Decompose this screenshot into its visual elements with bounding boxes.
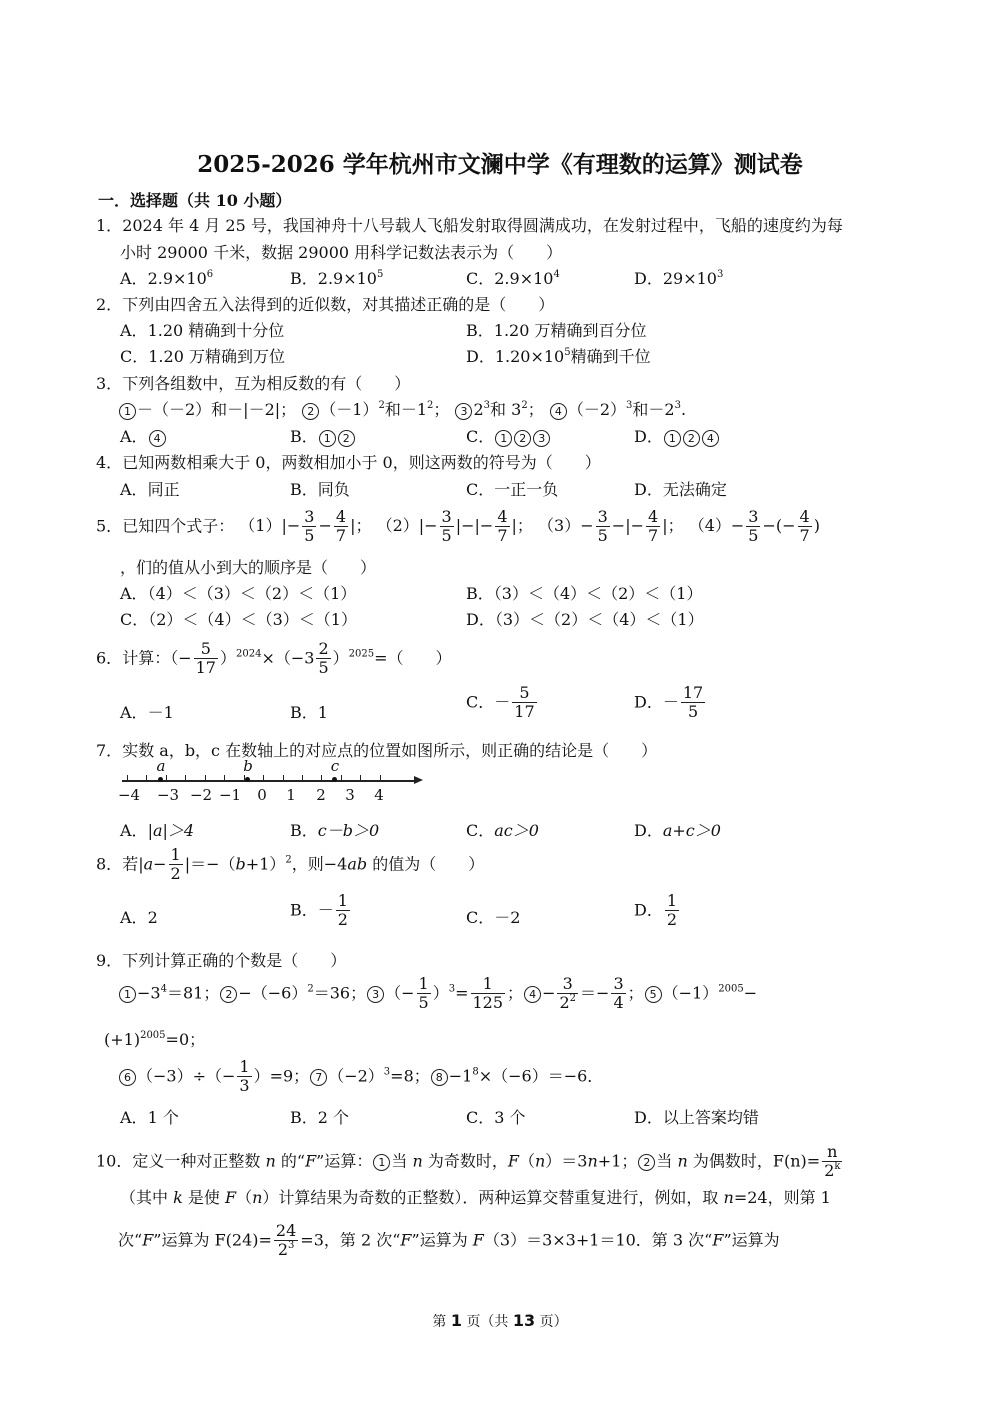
option-b[interactable]: B．2.9×105: [290, 266, 383, 289]
question-stem: 2024 年 4 月 25 号，我国神舟十八号载人飞船发射取得圆满成功，在发射过…: [122, 216, 843, 235]
option-d[interactable]: D．无法确定: [634, 477, 727, 500]
expression-1: （1）|−35−47|；: [239, 516, 371, 535]
option-a[interactable]: A．－1: [120, 700, 174, 723]
option-d[interactable]: D．29×103: [634, 266, 723, 289]
circled-number: 4: [550, 403, 567, 420]
option-d[interactable]: D．1.20×105精确到千位: [466, 344, 651, 367]
section-heading: 一．选择题（共 10 小题）: [98, 188, 291, 211]
page-title: 2025-2026 学年杭州市文澜中学《有理数的运算》测试卷: [0, 146, 1000, 179]
option-d[interactable]: D．124: [634, 424, 720, 447]
option-b[interactable]: B．同负: [290, 477, 350, 500]
circled-number: 1: [119, 403, 136, 420]
option-b[interactable]: B．2 个: [290, 1105, 349, 1128]
option-a[interactable]: A．1 个: [120, 1105, 179, 1128]
question-items: 1−34＝81；2−（−6）2＝36；3（−15）3=1125；4−322＝−3…: [118, 975, 757, 1013]
question-stem: 已知四个式子：: [122, 516, 234, 535]
option-c[interactable]: C．123: [466, 424, 551, 447]
question-stem: 下列各组数中，互为相反数的有（ ）: [122, 374, 410, 393]
question-number: 1．: [96, 216, 122, 235]
option-a[interactable]: A．1.20 精确到十分位: [120, 318, 284, 341]
option-b[interactable]: B．1.20 万精确到百分位: [466, 318, 646, 341]
option-a[interactable]: A．同正: [120, 477, 180, 500]
question-stem: 下列由四舍五入法得到的近似数，对其描述正确的是（ ）: [122, 295, 554, 314]
option-d[interactable]: D．12: [634, 892, 681, 930]
option-c[interactable]: C．1.20 万精确到万位: [120, 344, 285, 367]
option-b[interactable]: B．c－b＞0: [290, 818, 379, 841]
option-c[interactable]: C．一正一负: [466, 477, 558, 500]
option-d[interactable]: D．－175: [634, 684, 707, 722]
question-number: 6．: [96, 648, 122, 667]
arrow-right-icon: [414, 776, 423, 784]
option-c[interactable]: C．3 个: [466, 1105, 526, 1128]
question-stem: 实数 a，b，c 在数轴上的对应点的位置如图所示，则正确的结论是（ ）: [122, 741, 657, 760]
option-d[interactable]: D．a+c＞0: [634, 818, 721, 841]
circled-number: 3: [455, 403, 472, 420]
option-b[interactable]: B．12: [290, 424, 356, 447]
option-a[interactable]: A．2: [120, 905, 158, 928]
question-number: 4．: [96, 453, 122, 472]
option-b[interactable]: B．－12: [290, 892, 352, 930]
question-number: 9．: [96, 951, 122, 970]
circled-number: 2: [302, 403, 319, 420]
option-b[interactable]: B．1: [290, 700, 328, 723]
option-d[interactable]: D．以上答案均错: [634, 1105, 759, 1128]
option-c[interactable]: C．－517: [466, 684, 539, 722]
option-a[interactable]: A．4: [120, 424, 167, 447]
question-stem: 下列计算正确的个数是（ ）: [122, 951, 346, 970]
question-number: 7．: [96, 741, 122, 760]
option-c[interactable]: C．（2）＜（4）＜（3）＜（1）: [120, 607, 357, 630]
option-a[interactable]: A．（4）＜（3）＜（2）＜（1）: [120, 581, 356, 604]
page-footer: 第 1 页（共 13 页）: [0, 1311, 1000, 1331]
question-items: 1－（－2）和－|－2|； 2（－1）2和－12； 323和 32； 4（－2）…: [118, 397, 686, 420]
question-number: 2．: [96, 295, 122, 314]
expression-3: （3）−35−|−47|；: [538, 516, 684, 535]
question-number: 10．: [96, 1151, 132, 1170]
question-stem-cont: 小时 29000 千米，数据 29000 用科学记数法表示为（ ）: [120, 240, 562, 263]
option-d[interactable]: D．（3）＜（2）＜（4）＜（1）: [466, 607, 704, 630]
question-stem-cont: ，们的值从小到大的顺序是（ ）: [120, 555, 376, 578]
option-c[interactable]: C．2.9×104: [466, 266, 560, 289]
expression-4: （4）−35−(−47): [689, 516, 820, 535]
expression-2: （2）|−35|−|−47|；: [377, 516, 533, 535]
option-c[interactable]: C．ac＞0: [466, 818, 539, 841]
question-number: 5．: [96, 516, 122, 535]
option-a[interactable]: A．|a|＞4: [120, 818, 194, 841]
option-c[interactable]: C．－2: [466, 905, 520, 928]
question-number: 8．: [96, 854, 122, 873]
question-stem: 已知两数相乘大于 0，两数相加小于 0，则这两数的符号为（ ）: [122, 453, 601, 472]
question-stem: 计算：: [122, 648, 170, 667]
question-number: 3．: [96, 374, 122, 393]
option-b[interactable]: B．（3）＜（4）＜（2）＜（1）: [466, 581, 703, 604]
option-a[interactable]: A．2.9×106: [120, 266, 213, 289]
